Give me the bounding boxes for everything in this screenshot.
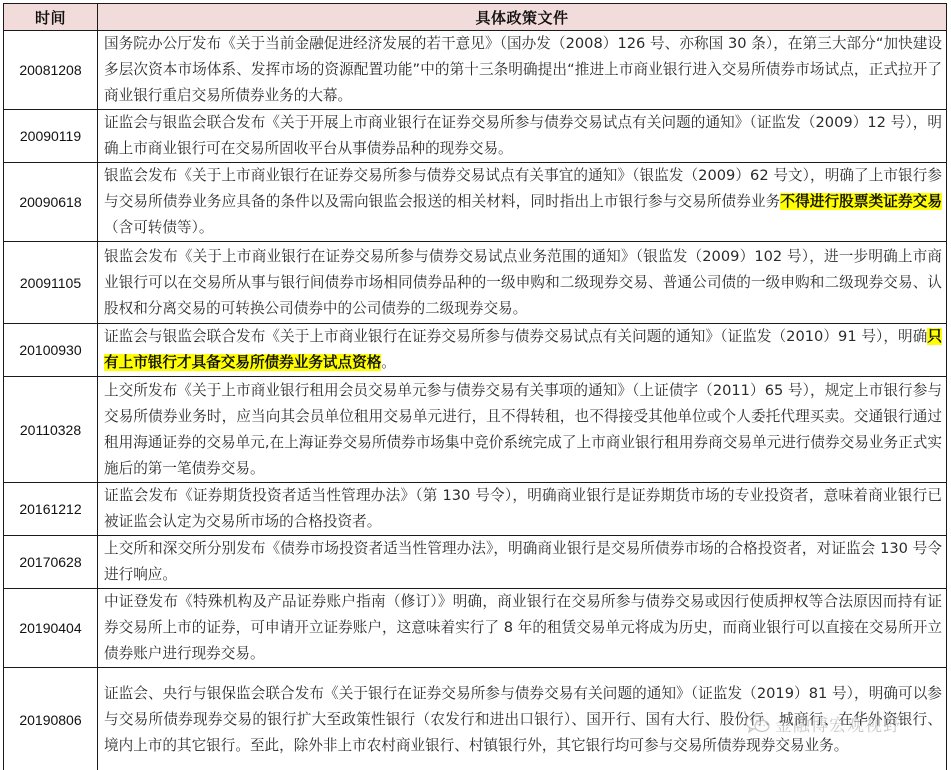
header-date: 时间: [4, 4, 98, 31]
content-text: 证监会发布《证券期货投资者适当性管理办法》（第 130 号令），明确商业银行是证…: [104, 487, 942, 530]
row-content: 中证登发布《特殊机构及产品证券账户指南（修订）》明确，商业银行在交易所参与债券交…: [98, 589, 947, 668]
row-date: 20170628: [4, 536, 98, 589]
row-content: 国务院办公厅发布《关于当前金融促进经济发展的若干意见》（国办发（2008）126…: [98, 31, 947, 110]
row-date: 20161212: [4, 483, 98, 536]
row-date: 20190806: [4, 668, 98, 770]
table-row: 20090119 证监会与银监会联合发布《关于开展上市商业银行在证券交易所参与债…: [4, 110, 947, 163]
highlighted-text: 不得进行股票类证券交易: [780, 193, 942, 210]
table-row: 20090618 银监会发布《关于上市商业银行在证券交易所参与债券交易试点有关事…: [4, 163, 947, 242]
content-text: 中证登发布《特殊机构及产品证券账户指南（修订）》明确，商业银行在交易所参与债券交…: [104, 593, 942, 662]
policy-timeline-table: 时间 具体政策文件 20081208 国务院办公厅发布《关于当前金融促进经济发展…: [3, 3, 947, 770]
row-content: 银监会发布《关于上市商业银行在证券交易所参与债券交易试点业务范围的通知》（银监发…: [98, 242, 947, 324]
row-content: 上交所发布《关于上市商业银行租用会员交易单元参与债券交易有关事项的通知》（上证债…: [98, 377, 947, 483]
content-text-after: （含可转债等）。: [104, 219, 213, 236]
table-row: 20100930 证监会与银监会联合发布《关于上市商业银行在证券交易所参与债券交…: [4, 324, 947, 377]
table-row: 20091105 银监会发布《关于上市商业银行在证券交易所参与债券交易试点业务范…: [4, 242, 947, 324]
row-content: 银监会发布《关于上市商业银行在证券交易所参与债券交易试点有关事宜的通知》（银监发…: [98, 163, 947, 242]
content-text: 证监会与银监会联合发布《关于上市商业银行在证券交易所参与债券交易试点有关问题的通…: [104, 328, 927, 345]
content-text: 证监会、央行与银保监会联合发布《关于银行在证券交易所参与债券交易有关问题的通知》…: [104, 685, 942, 754]
header-row: 时间 具体政策文件: [4, 4, 947, 31]
table-row: 20190806 证监会、央行与银保监会联合发布《关于银行在证券交易所参与债券交…: [4, 668, 947, 770]
row-date: 20190404: [4, 589, 98, 668]
row-content: 证监会与银监会联合发布《关于上市商业银行在证券交易所参与债券交易试点有关问题的通…: [98, 324, 947, 377]
table-body: 20081208 国务院办公厅发布《关于当前金融促进经济发展的若干意见》（国办发…: [4, 31, 947, 770]
row-date: 20081208: [4, 31, 98, 110]
content-text-after: 。: [381, 354, 396, 371]
table-row: 20170628 上交所和深交所分别发布《债券市场投资者适当性管理办法》，明确商…: [4, 536, 947, 589]
row-date: 20091105: [4, 242, 98, 324]
row-date: 20090119: [4, 110, 98, 163]
row-content: 证监会、央行与银保监会联合发布《关于银行在证券交易所参与债券交易有关问题的通知》…: [98, 668, 947, 770]
row-date: 20090618: [4, 163, 98, 242]
table-row: 20081208 国务院办公厅发布《关于当前金融促进经济发展的若干意见》（国办发…: [4, 31, 947, 110]
content-text: 银监会发布《关于上市商业银行在证券交易所参与债券交易试点业务范围的通知》（银监发…: [104, 248, 942, 317]
content-text: 证监会与银监会联合发布《关于开展上市商业银行在证券交易所参与债券交易试点有关问题…: [104, 114, 942, 157]
table-header: 时间 具体政策文件: [4, 4, 947, 31]
content-text: 上交所和深交所分别发布《债券市场投资者适当性管理办法》，明确商业银行是交易所债券…: [104, 540, 942, 583]
content-text: 上交所发布《关于上市商业银行租用会员交易单元参与债券交易有关事项的通知》（上证债…: [104, 382, 942, 477]
row-content: 证监会发布《证券期货投资者适当性管理办法》（第 130 号令），明确商业银行是证…: [98, 483, 947, 536]
row-content: 证监会与银监会联合发布《关于开展上市商业银行在证券交易所参与债券交易试点有关问题…: [98, 110, 947, 163]
table-row: 20161212 证监会发布《证券期货投资者适当性管理办法》（第 130 号令）…: [4, 483, 947, 536]
content-text: 国务院办公厅发布《关于当前金融促进经济发展的若干意见》（国办发（2008）126…: [104, 35, 942, 104]
table-row: 20190404 中证登发布《特殊机构及产品证券账户指南（修订）》明确，商业银行…: [4, 589, 947, 668]
row-date: 20110328: [4, 377, 98, 483]
row-content: 上交所和深交所分别发布《债券市场投资者适当性管理办法》，明确商业银行是交易所债券…: [98, 536, 947, 589]
header-content: 具体政策文件: [98, 4, 947, 31]
table-row: 20110328 上交所发布《关于上市商业银行租用会员交易单元参与债券交易有关事…: [4, 377, 947, 483]
row-date: 20100930: [4, 324, 98, 377]
